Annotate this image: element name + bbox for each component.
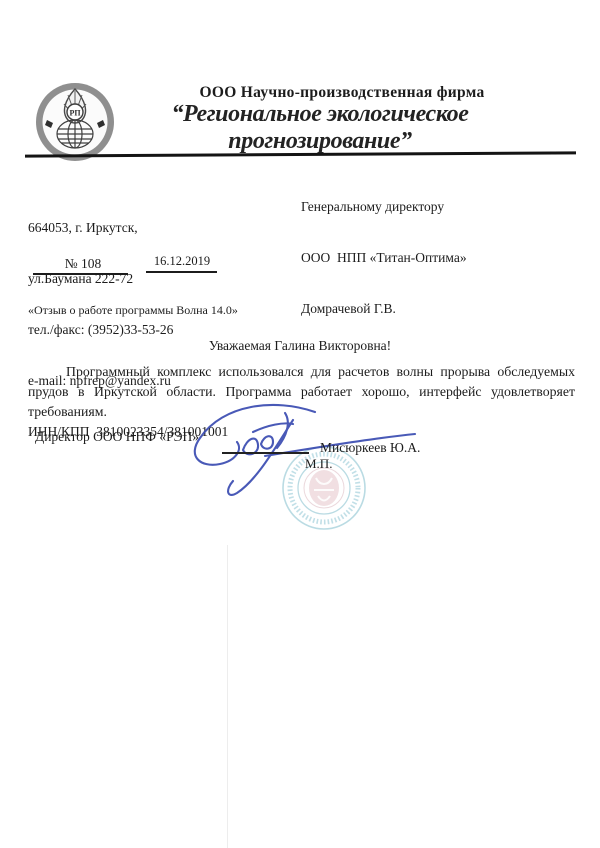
signature-underline (222, 452, 309, 454)
recipient-title-line: Генеральному директору (301, 198, 571, 215)
outgoing-number: № 108 (40, 256, 126, 272)
letter-date-underline (146, 271, 217, 273)
letter-date: 16.12.2019 (147, 254, 217, 269)
seal-place-label: М.П. (305, 456, 332, 472)
subject-line: «Отзыв о работе программы Волна 14.0» (28, 303, 238, 318)
letter-page: РП ООО Научно-производственная фирма “Ре… (0, 0, 600, 848)
org-name-line: “Региональное экологическое прогнозирова… (90, 101, 550, 155)
signer-name: Мисюркеев Ю.А. (320, 440, 420, 456)
sender-postal-line: 664053, г. Иркутск, (28, 219, 288, 236)
recipient-company-line: ООО НПП «Титан-Оптима» (301, 249, 571, 266)
outgoing-number-underline (33, 273, 128, 275)
logo-monogram: РП (69, 109, 81, 118)
recipient-person-line: Домрачевой Г.В. (301, 300, 571, 317)
sender-phone-line: тел./факс: (3952)33-53-26 (28, 321, 288, 338)
scan-fold-line (227, 545, 228, 848)
recipient-block: Генеральному директору ООО НПП «Титан-Оп… (301, 164, 571, 351)
org-type-line: ООО Научно-производственная фирма (132, 84, 552, 102)
salutation-line: Уважаемая Галина Викторовна! (0, 338, 600, 354)
